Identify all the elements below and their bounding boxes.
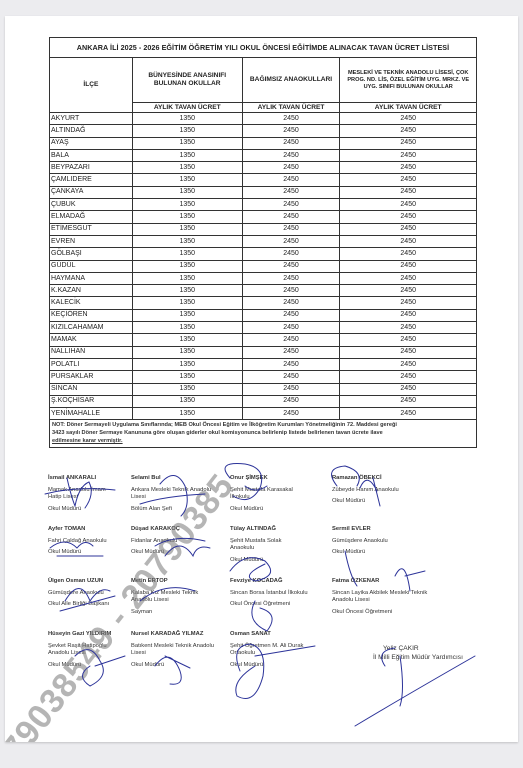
final-signatory: Yeliz ÇAKIR İl Milli Eğitim Müdür Yardım… — [343, 644, 493, 662]
signatory-name: Metin ERTOP — [131, 578, 198, 586]
signatory-institution: Kalaba Kız Mesleki TeknikAnadolu Lisesi — [131, 590, 198, 605]
signatures-block: İsmail ANKARALIMamak Anadolu İmamHatip L… — [5, 16, 518, 742]
signatory: Onur ŞİMŞEKŞehit Mustafa Karasakalİlkoku… — [230, 475, 293, 513]
signatory-institution: Batıkent Mesleki Teknik AnadoluLisesi — [131, 643, 214, 658]
signatory: Düşad KARAKOÇFidanlar AnaokuluOkul Müdür… — [131, 526, 180, 557]
institution-line: İlkokulu — [230, 494, 293, 502]
signatory: Selami BulAnkara Mesleki Teknik AnadoluL… — [131, 475, 211, 513]
institution-line: Hatip Lisesi — [48, 494, 106, 502]
signatory-institution: Fahri Çaldağ Anaokulu — [48, 538, 107, 546]
signatory-name: Tülay ALTINDAĞ — [230, 526, 282, 534]
institution-line: Anaokulu — [230, 545, 282, 553]
signatory-institution: Ankara Mesleki Teknik AnadoluLisesi — [131, 487, 211, 502]
signatory-role: Okul Öncesi Öğretmeni — [332, 609, 427, 617]
final-signatory-name: Yeliz ÇAKIR — [343, 644, 493, 653]
signatory-name: Selami Bul — [131, 475, 211, 483]
signatory-role: Okul Müdürü — [230, 557, 282, 565]
institution-line: Ortaokulu — [230, 650, 303, 658]
signatory-institution: Şehit Mustafa SolakAnaokulu — [230, 538, 282, 553]
signatory-institution: Şehit Mustafa Karasakalİlkokulu — [230, 487, 293, 502]
institution-line: Şevket Raşit Hatipoğlu — [48, 643, 111, 651]
signatory-role: Okul Müdürü — [48, 662, 111, 670]
signatory-institution: Sincan Layika Akbilek Mesleki TeknikAnad… — [332, 590, 427, 605]
institution-line: Anadolu Lisesi — [332, 597, 427, 605]
institution-line: Mamak Anadolu İmam — [48, 487, 106, 495]
signatory: Fatma ÖZKENARSincan Layika Akbilek Mesle… — [332, 578, 427, 616]
institution-line: Şehit Mustafa Solak — [230, 538, 282, 546]
institution-line: Fidanlar Anaokulu — [131, 538, 180, 546]
signatory-role: Okul Müdürü — [48, 506, 106, 514]
signatory-name: Fevziye KOCADAĞ — [230, 578, 308, 586]
signatory-name: Düşad KARAKOÇ — [131, 526, 180, 534]
signatory-institution: Sincan Borsa İstanbul İlkokulu — [230, 590, 308, 598]
signatory-institution: Zübeyde Hanım Anaokulu — [332, 487, 399, 495]
signatory-institution: Şehit Öğretmen M. Ali DurakOrtaokulu — [230, 643, 303, 658]
signatory: Sermil EVLERGümüşdere AnaokuluOkul Müdür… — [332, 526, 388, 557]
institution-line: Sincan Layika Akbilek Mesleki Teknik — [332, 590, 427, 598]
signatory-name: Osman SANAT — [230, 631, 303, 639]
signatory-role: Okul Aile Birliği Başkanı — [48, 601, 109, 609]
institution-line: Gümüşdere Anaokulu — [48, 590, 109, 598]
signatory-role: Okul Öncesi Öğretmeni — [230, 601, 308, 609]
signatory-name: Hüseyin Gazi YILDIRIM — [48, 631, 111, 639]
signatory: Fevziye KOCADAĞSincan Borsa İstanbul İlk… — [230, 578, 308, 609]
signatory-name: Ülgen Osman UZUN — [48, 578, 109, 586]
institution-line: Anadolu Lisesi — [131, 597, 198, 605]
signatory-role: Sayman — [131, 609, 198, 617]
institution-line: Lisesi — [131, 650, 214, 658]
institution-line: Anadolu Lisesi — [48, 650, 111, 658]
signatory-name: Ramazan ÖBEKCİ — [332, 475, 399, 483]
signatory-role: Okul Müdürü — [332, 498, 399, 506]
signatory: Ülgen Osman UZUNGümüşdere AnaokuluOkul A… — [48, 578, 109, 609]
signatory: Metin ERTOPKalaba Kız Mesleki TeknikAnad… — [131, 578, 198, 616]
institution-line: Kalaba Kız Mesleki Teknik — [131, 590, 198, 598]
signatory-role: Okul Müdürü — [230, 506, 293, 514]
signatory-name: Sermil EVLER — [332, 526, 388, 534]
document-page: ANKARA İLİ 2025 - 2026 EĞİTİM ÖĞRETİM YI… — [5, 16, 518, 742]
institution-line: Sincan Borsa İstanbul İlkokulu — [230, 590, 308, 598]
signatory: Ayfer TOMANFahri Çaldağ AnaokuluOkul Müd… — [48, 526, 107, 557]
final-signatory-title: İl Milli Eğitim Müdür Yardımcısı — [343, 653, 493, 662]
institution-line: Gümüşdere Anaokulu — [332, 538, 388, 546]
signatory-institution: Gümüşdere Anaokulu — [332, 538, 388, 546]
institution-line: Fahri Çaldağ Anaokulu — [48, 538, 107, 546]
signatory-role: Okul Müdürü — [48, 549, 107, 557]
signatory-institution: Fidanlar Anaokulu — [131, 538, 180, 546]
signatory-role: Bölüm Alan Şefi — [131, 506, 211, 514]
signatory-institution: Mamak Anadolu İmamHatip Lisesi — [48, 487, 106, 502]
institution-line: Şehit Öğretmen M. Ali Durak — [230, 643, 303, 651]
institution-line: Lisesi — [131, 494, 211, 502]
signatory: Tülay ALTINDAĞŞehit Mustafa SolakAnaokul… — [230, 526, 282, 564]
institution-line: Şehit Mustafa Karasakal — [230, 487, 293, 495]
signatory-name: Nursel KARADAĞ YILMAZ — [131, 631, 214, 639]
signatory-role: Okul Müdürü — [332, 549, 388, 557]
signatory: Ramazan ÖBEKCİZübeyde Hanım AnaokuluOkul… — [332, 475, 399, 506]
signatory-role: Okul Müdürü — [230, 662, 303, 670]
signatory-name: Fatma ÖZKENAR — [332, 578, 427, 586]
signatory: Nursel KARADAĞ YILMAZBatıkent Mesleki Te… — [131, 631, 214, 669]
signatory-name: İsmail ANKARALI — [48, 475, 106, 483]
signatory: Osman SANATŞehit Öğretmen M. Ali DurakOr… — [230, 631, 303, 669]
institution-line: Zübeyde Hanım Anaokulu — [332, 487, 399, 495]
signatory-role: Okul Müdürü — [131, 549, 180, 557]
signatory: İsmail ANKARALIMamak Anadolu İmamHatip L… — [48, 475, 106, 513]
signatory-institution: Şevket Raşit HatipoğluAnadolu Lisesi — [48, 643, 111, 658]
signatory-name: Ayfer TOMAN — [48, 526, 107, 534]
signatory-role: Okul Müdürü — [131, 662, 214, 670]
signatory: Hüseyin Gazi YILDIRIMŞevket Raşit Hatipo… — [48, 631, 111, 669]
institution-line: Batıkent Mesleki Teknik Anadolu — [131, 643, 214, 651]
institution-line: Ankara Mesleki Teknik Anadolu — [131, 487, 211, 495]
signatory-institution: Gümüşdere Anaokulu — [48, 590, 109, 598]
signatory-name: Onur ŞİMŞEK — [230, 475, 293, 483]
